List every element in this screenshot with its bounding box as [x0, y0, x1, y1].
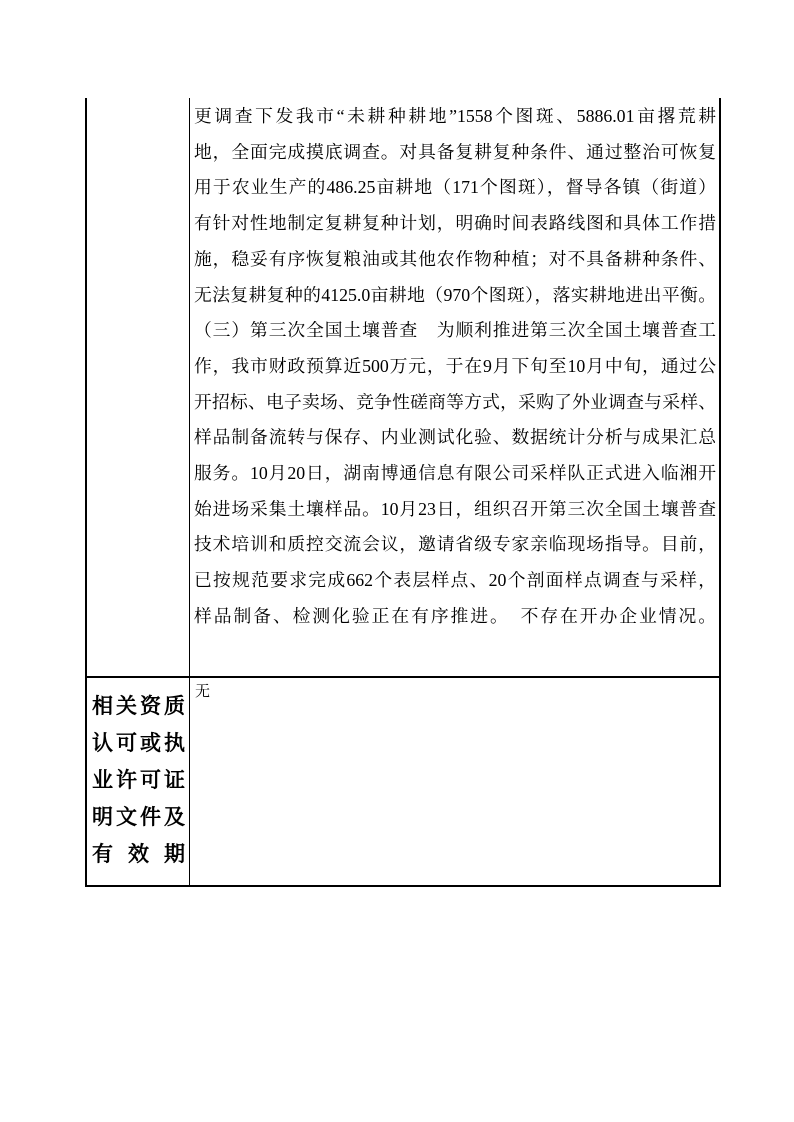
report-text-line: 有针对性地制定复耕复种计划，明确时间表路线图和具体工作措: [194, 206, 716, 242]
qualification-label-cell: 相关资质 认可或执 业许可证 明文件及 有效期: [87, 678, 190, 885]
report-text-line: 开招标、电子卖场、竞争性磋商等方式，采购了外业调查与采样、: [194, 385, 716, 421]
report-text-line: 更调查下发我市“未耕种耕地”1558个图斑、5886.01亩撂荒耕: [194, 99, 716, 135]
report-text-line: 施，稳妥有序恢复粮油或其他农作物种植；对不具备耕种条件、: [194, 242, 716, 278]
table-row-report-body: 更调查下发我市“未耕种耕地”1558个图斑、5886.01亩撂荒耕 地，全面完成…: [87, 98, 719, 676]
table-row-qualification: 相关资质 认可或执 业许可证 明文件及 有效期 无: [87, 676, 719, 885]
continuation-empty-label-cell: [87, 98, 190, 676]
qualification-label-line: 认可或执: [92, 725, 185, 762]
report-text-line: （三）第三次全国土壤普查 为顺利推进第三次全国土壤普查工: [194, 313, 716, 349]
report-text-line: 样品制备、检测化验正在有序推进。 不存在开办企业情况。: [194, 599, 716, 635]
report-text-line: 样品制备流转与保存、内业测试化验、数据统计分析与成果汇总: [194, 420, 716, 456]
qualification-value-text: 无: [195, 684, 210, 700]
report-text-line: 用于农业生产的486.25亩耕地（171个图斑），督导各镇（街道）: [194, 170, 716, 206]
report-text-line: 无法复耕复种的4125.0亩耕地（970个图斑），落实耕地进出平衡。: [194, 278, 716, 314]
report-text-cell: 更调查下发我市“未耕种耕地”1558个图斑、5886.01亩撂荒耕 地，全面完成…: [190, 98, 719, 676]
report-text-line: 作，我市财政预算近500万元，于在9月下旬至10月中旬，通过公: [194, 349, 716, 385]
report-text-line: 已按规范要求完成662个表层样点、20个剖面样点调查与采样，: [194, 563, 716, 599]
report-text-line: 地，全面完成摸底调查。对具备复耕复种条件、通过整治可恢复: [194, 135, 716, 171]
report-text-line: 始进场采集土壤样品。10月23日，组织召开第三次全国土壤普查: [194, 492, 716, 528]
qualification-label-line: 明文件及: [92, 799, 185, 836]
qualification-value-cell: 无: [190, 678, 719, 885]
report-text-line: 技术培训和质控交流会议，邀请省级专家亲临现场指导。目前，: [194, 527, 716, 563]
report-table: 更调查下发我市“未耕种耕地”1558个图斑、5886.01亩撂荒耕 地，全面完成…: [85, 98, 721, 887]
document-page: 更调查下发我市“未耕种耕地”1558个图斑、5886.01亩撂荒耕 地，全面完成…: [0, 0, 794, 1122]
qualification-label-line: 业许可证: [92, 762, 185, 799]
qualification-label-line: 有效期: [92, 836, 185, 873]
qualification-label-line: 相关资质: [92, 688, 185, 725]
report-text-line: 服务。10月20日，湖南博通信息有限公司采样队正式进入临湘开: [194, 456, 716, 492]
